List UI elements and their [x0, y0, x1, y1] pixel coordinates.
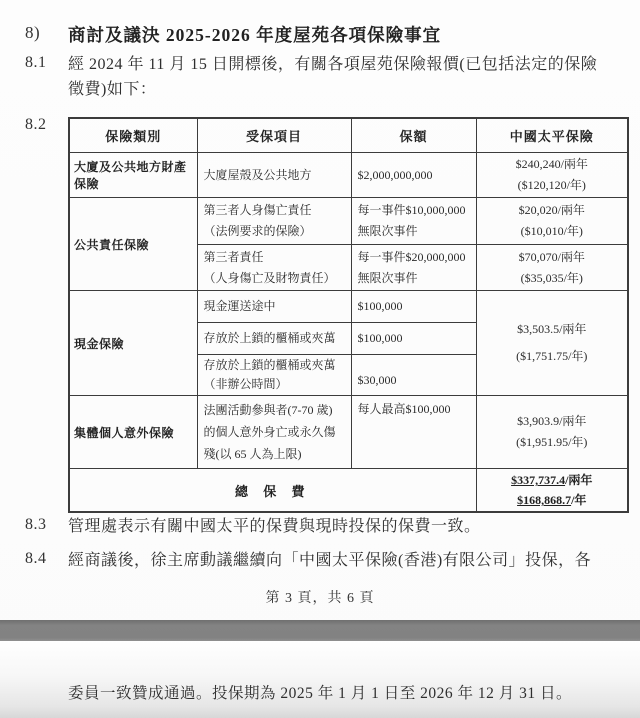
clause-8-3-paragraph: 管理處表示有關中國太平的保費與現時投保的保費一致。 [68, 514, 630, 539]
cell-liability-category: 公共責任保險 [69, 198, 197, 291]
cell-building-item: 大廈屋殼及公共地方 [197, 153, 351, 198]
next-page-edge: 委員一致贊成通過。投保期為 2025 年 1 月 1 日至 2026 年 12 … [0, 641, 640, 718]
total-annual-amount: $168,868.7 [517, 493, 571, 507]
cell-accident-item: 法團活動參與者(7-70 歲) 的個人意外身亡或永久傷 殘(以 65 人為上限) [197, 396, 351, 469]
clause-8-1-line1: 經 2024 年 11 月 15 日開標後，有關各項屋苑保險報價(已包括法定的保… [68, 52, 630, 77]
cell-building-category: 大廈及公共地方財產保險 [69, 153, 197, 198]
page-break-divider-bar [0, 620, 640, 641]
total-biennial-suffix: /兩年 [565, 473, 592, 487]
clause-8-1-line2: 徵費)如下： [68, 77, 630, 102]
clause-number-8-4: 8.4 [25, 550, 47, 568]
cell-liability1-item: 第三者人身傷亡責任 （法例要求的保險） [197, 198, 351, 245]
cash3-item-line1: 存放於上鎖的櫃桶或夾萬 [204, 356, 347, 375]
clause-number-8: 8) [25, 23, 40, 43]
clause-number-8-3: 8.3 [25, 516, 47, 534]
insurance-quotation-table: 保險類別 受保項目 保額 中國太平保險 大廈及公共地方財產保險 大廈屋殼及公共地… [68, 117, 629, 513]
cell-liability2-premium: $70,070/兩年 ($35,035/年) [476, 245, 628, 291]
cell-accident-sum: 每人最高$100,000 [351, 396, 476, 469]
total-biennial-amount: $337,737.4 [511, 473, 565, 487]
header-insurance-type: 保險類別 [69, 118, 197, 153]
cash-premium-biennial: $3,503.5/兩年 [481, 316, 624, 343]
accident-item-line3: 殘(以 65 人為上限) [204, 443, 347, 465]
building-premium-biennial: $240,240/兩年 [481, 154, 624, 175]
liability2-item-line2: （人身傷亡及財物責任） [204, 268, 347, 289]
accident-premium-biennial: $3,903.9/兩年 [481, 411, 624, 432]
building-premium-annual: ($120,120/年) [481, 175, 624, 196]
cell-cash1-item: 現金運送途中 [197, 291, 351, 323]
liability2-sum-line2: 無限次事件 [358, 268, 472, 289]
cell-liability1-sum: 每一事件$10,000,000 無限次事件 [351, 198, 476, 245]
table-row-cash-1: 現金保險 現金運送途中 $100,000 $3,503.5/兩年 ($1,751… [69, 291, 628, 323]
total-premium-annual: $168,868.7/年 [481, 490, 624, 510]
liability2-sum-line1: 每一事件$20,000,000 [358, 247, 472, 268]
liability1-premium-annual: ($10,010/年) [481, 221, 624, 242]
cash3-item-line2: （非辦公時間） [204, 375, 347, 394]
cell-cash3-sum: $30,000 [351, 355, 476, 396]
accident-item-line1: 法團活動參與者(7-70 歲) [204, 399, 347, 421]
cell-building-premium: $240,240/兩年 ($120,120/年) [476, 153, 628, 198]
cell-cash-premium: $3,503.5/兩年 ($1,751.75/年) [476, 291, 628, 396]
page-number-footer: 第 3 頁，共 6 頁 [0, 587, 640, 607]
cell-accident-premium: $3,903.9/兩年 ($1,951.95/年) [476, 396, 628, 469]
cell-cash2-sum: $100,000 [351, 323, 476, 355]
total-premium-biennial: $337,737.4/兩年 [481, 470, 624, 490]
liability1-item-line1: 第三者人身傷亡責任 [204, 200, 347, 221]
accident-premium-annual: ($1,951.95/年) [481, 432, 624, 453]
header-sum-insured: 保額 [351, 118, 476, 153]
cell-liability2-item: 第三者責任 （人身傷亡及財物責任） [197, 245, 351, 291]
liability1-sum-line2: 無限次事件 [358, 221, 472, 242]
cell-cash-category: 現金保險 [69, 291, 197, 396]
cash-premium-annual: ($1,751.75/年) [481, 343, 624, 370]
liability2-premium-annual: ($35,035/年) [481, 268, 624, 289]
table-row-accident: 集體個人意外保險 法團活動參與者(7-70 歲) 的個人意外身亡或永久傷 殘(以… [69, 396, 628, 469]
clause-8-1-paragraph: 經 2024 年 11 月 15 日開標後，有關各項屋苑保險報價(已包括法定的保… [68, 52, 630, 102]
cell-total-label: 總 保 費 [69, 469, 476, 513]
header-insurer: 中國太平保險 [476, 118, 628, 153]
cell-liability1-premium: $20,020/兩年 ($10,010/年) [476, 198, 628, 245]
table-header-row: 保險類別 受保項目 保額 中國太平保險 [69, 118, 628, 153]
liability1-sum-line1: 每一事件$10,000,000 [358, 200, 472, 221]
table-row-total: 總 保 費 $337,737.4/兩年 $168,868.7/年 [69, 469, 628, 513]
cell-cash1-sum: $100,000 [351, 291, 476, 323]
clause-8-4-paragraph: 經商議後，徐主席動議繼續向「中國太平保險(香港)有限公司」投保，各 [68, 548, 630, 573]
accident-item-line2: 的個人意外身亡或永久傷 [204, 421, 347, 443]
liability1-item-line2: （法例要求的保險） [204, 221, 347, 242]
liability1-premium-biennial: $20,020/兩年 [481, 200, 624, 221]
clause-number-8-1: 8.1 [25, 54, 47, 72]
cell-cash2-item: 存放於上鎖的櫃桶或夾萬 [197, 323, 351, 355]
clause-number-8-2: 8.2 [25, 116, 47, 134]
header-insured-item: 受保項目 [197, 118, 351, 153]
scanned-document-page: 8) 商討及議決 2025-2026 年度屋苑各項保險事宜 8.1 經 2024… [0, 0, 640, 718]
table-row-building: 大廈及公共地方財產保險 大廈屋殼及公共地方 $2,000,000,000 $24… [69, 153, 628, 198]
cell-cash3-item: 存放於上鎖的櫃桶或夾萬 （非辦公時間） [197, 355, 351, 396]
table-row-liability-1: 公共責任保險 第三者人身傷亡責任 （法例要求的保險） 每一事件$10,000,0… [69, 198, 628, 245]
cell-accident-category: 集體個人意外保險 [69, 396, 197, 469]
cell-liability2-sum: 每一事件$20,000,000 無限次事件 [351, 245, 476, 291]
section-title: 商討及議決 2025-2026 年度屋苑各項保險事宜 [68, 22, 628, 47]
total-annual-suffix: /年 [571, 493, 586, 507]
liability2-item-line1: 第三者責任 [204, 247, 347, 268]
next-page-resolution-text: 委員一致贊成通過。投保期為 2025 年 1 月 1 日至 2026 年 12 … [0, 681, 640, 703]
cell-building-sum: $2,000,000,000 [351, 153, 476, 198]
cell-total-premium: $337,737.4/兩年 $168,868.7/年 [476, 469, 628, 513]
liability2-premium-biennial: $70,070/兩年 [481, 247, 624, 268]
